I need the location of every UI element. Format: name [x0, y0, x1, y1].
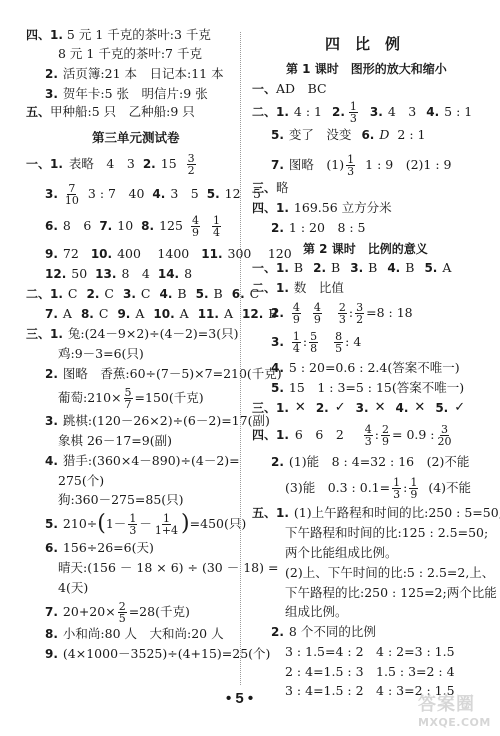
question-number: 6. — [45, 540, 58, 556]
question-number: 2. — [271, 220, 284, 236]
question-number: 2. — [316, 400, 329, 416]
answer-text: 2 : 1 — [397, 127, 425, 143]
question-number: 4. — [160, 286, 173, 302]
answer-text: 8 个不同的比例 — [289, 624, 376, 640]
question-number: 四、1. — [26, 27, 63, 43]
answer-line: 3 : 1.5=4 : 2 4 : 2=3 : 1.5 — [285, 644, 455, 660]
answer-line: 6. 8 6 7. 10 8. 125 49 14 — [45, 218, 223, 234]
answer-text: 葡萄:210× — [58, 390, 122, 406]
question-number: 11. — [201, 246, 222, 262]
question-number: 2. — [87, 286, 100, 302]
question-number: 4. — [45, 453, 58, 469]
answer-line: 4. 猎手:(360×4－890)÷(4－2)= — [45, 453, 240, 469]
question-number: 4. — [271, 360, 284, 376]
answer-line: 一、 AD BC — [252, 81, 327, 97]
fraction: 13 — [346, 154, 355, 177]
fraction: 29 — [381, 424, 390, 447]
fraction: 25 — [118, 601, 127, 624]
watermark-text: 答案圈 — [418, 690, 498, 716]
answer-text: = 0.9 : — [392, 427, 435, 443]
answer-text: (4)不能 — [428, 480, 471, 496]
question-number: 三、1. — [26, 326, 63, 342]
answer-line: 4(天) — [58, 580, 88, 596]
question-number: 四、1. — [252, 427, 289, 443]
answer-text: 4 3 — [388, 104, 416, 120]
question-number: 2. — [271, 305, 284, 321]
answer-text: 图略 香蕉:60÷(7－5)×7=210(千克) — [63, 366, 282, 382]
answer-line: 葡萄:210× 57 =150(千克) — [58, 390, 204, 406]
question-number: 9. — [45, 646, 58, 662]
answer-text: 3 : 7 40 — [88, 186, 144, 202]
answer-line: 7.A 8.C 9.A 10.A 11.A 12.B — [45, 306, 277, 322]
answer-text: 156÷26=6(天) — [63, 540, 154, 556]
question-number: 5. — [45, 516, 58, 532]
question-number: 14. — [158, 266, 179, 282]
answer-text: D — [379, 127, 389, 143]
column-divider — [240, 32, 241, 685]
answer-text: 6 6 2 — [295, 427, 344, 443]
answer-text: 跳棋:(120－26×2)÷(6－2)=17(副) — [63, 413, 270, 429]
fraction: 14 — [212, 215, 221, 238]
question-number: 4. — [387, 260, 400, 276]
fraction: 32 — [187, 153, 196, 176]
fraction: 49 — [191, 215, 200, 238]
answer-text: C — [68, 286, 78, 302]
question-number: 5. — [424, 260, 437, 276]
fraction: 14 — [292, 331, 301, 354]
question-number: 二、1. — [26, 286, 63, 302]
answer-text: 72 — [63, 246, 79, 262]
answer-line: 二、1. C 2.C 3.C 4.B 5.B 6.C — [26, 286, 259, 302]
answer-text: 5 : 1 — [444, 104, 472, 120]
lesson-1-title: 第 1 课时 图形的放大和缩小 — [286, 60, 447, 77]
question-number: 三、1. — [252, 400, 289, 416]
fraction: 13 — [349, 101, 358, 124]
fraction: 58 — [309, 331, 318, 354]
answer-text: 表略 4 3 — [69, 156, 135, 172]
answer-line: 5. 变了 没变 6. D 2 : 1 — [271, 127, 425, 143]
answer-text: B — [368, 260, 377, 276]
question-number: 4. — [426, 104, 439, 120]
answer-line: 2. 活页簿:21 本 日记本:11 本 — [45, 66, 224, 82]
fraction: 49 — [292, 302, 301, 325]
fraction: 32 — [355, 302, 364, 325]
answer-line: 2. 1 : 20 8 : 5 — [271, 220, 366, 236]
question-number: 3. — [370, 104, 383, 120]
question-number: 2. — [143, 156, 156, 172]
answer-text: B — [214, 286, 223, 302]
answer-text: 2 : 4=1.5 : 3 1.5 : 3=2 : 4 — [285, 664, 455, 680]
question-number: 一、1. — [252, 260, 289, 276]
answer-text: 400 1400 — [117, 246, 189, 262]
answer-text: 组成比例。 — [285, 604, 348, 620]
answer-text: 晴天:(156 － 18 × 6) ÷ (30 － 18) = — [58, 560, 278, 576]
answer-line: 下午路程和时间的比:125 : 2.5=50; — [285, 525, 488, 541]
answer-text: A — [135, 306, 144, 322]
question-number: 4. — [152, 186, 165, 202]
question-number: 5. — [271, 127, 284, 143]
answer-line: 2 : 4=1.5 : 3 1.5 : 3=2 : 4 — [285, 664, 455, 680]
answer-text: 略 — [276, 180, 289, 196]
check-mark-icon: ✓ — [335, 400, 346, 416]
answer-text: (1)能 8 : 4=32 : 16 (2)不能 — [289, 454, 469, 470]
answer-text: (2)上、下午时间的比:5 : 2.5=2,上、 — [285, 565, 494, 581]
answer-line: 4. 5 : 20=0.6 : 2.4(答案不唯一) — [271, 360, 460, 376]
answer-text: 鸡:9－3=6(只) — [58, 346, 144, 362]
answer-text: B — [405, 260, 414, 276]
page-number: • 5 • — [226, 690, 253, 707]
question-number: 三、 — [252, 180, 276, 196]
question-number: 3. — [123, 286, 136, 302]
answer-text: A — [224, 306, 233, 322]
fraction: 19 — [409, 477, 418, 500]
answer-text: 变了 没变 — [289, 127, 352, 143]
answer-text: 下午路程和时间的比:125 : 2.5=50; — [285, 525, 488, 541]
answer-text: 1 : 9 (2)1 : 9 — [365, 157, 451, 173]
answer-line: (2)上、下午时间的比:5 : 2.5=2,上、 — [285, 565, 494, 581]
fraction: 710 — [64, 183, 80, 206]
question-number: 2. — [45, 366, 58, 382]
answer-line: 3. 贺年卡:5 张 明信片:9 张 — [45, 86, 208, 102]
question-number: 9. — [117, 306, 130, 322]
cross-mark-icon: ✕ — [375, 400, 386, 416]
answer-line: 6. 156÷26=6(天) — [45, 540, 154, 556]
answer-line: 四、1. 169.56 立方分米 — [252, 200, 392, 216]
answer-line: 9. (4×1000－3525)÷(4+15)=25(个) — [45, 646, 270, 662]
answer-line: 5. 210÷ ( 1－ 13 － 11+4 ) =450(只) — [45, 516, 246, 532]
answer-line: 鸡:9－3=6(只) — [58, 346, 144, 362]
question-number: 一、1. — [26, 156, 63, 172]
answer-text: 狗:360－275=85(只) — [58, 492, 184, 508]
answer-line: 7. 20+20× 25 =28(千克) — [45, 604, 190, 620]
answer-line: 8 元 1 千克的茶叶:7 千克 — [58, 46, 202, 62]
answer-text: =450(只) — [190, 516, 247, 532]
question-number: 12. — [45, 266, 66, 282]
answer-text: 3 5 — [170, 186, 198, 202]
answer-line: (3)能 0.3 : 0.1= 13 : 19 (4)不能 — [285, 480, 471, 496]
question-number: 7. — [45, 604, 58, 620]
answer-text: 275(个) — [58, 473, 104, 489]
fraction: 11+4 — [154, 513, 179, 536]
question-number: 3. — [350, 260, 363, 276]
answer-line: 三、1. ✕ 2.✓ 3.✕ 4.✕ 5.✓ — [252, 400, 465, 416]
ratio-colon: : — [375, 427, 379, 443]
answer-line: 12. 50 13. 8 4 14. 8 — [45, 266, 192, 282]
answer-line: 2. (1)能 8 : 4=32 : 16 (2)不能 — [271, 454, 469, 470]
answer-text: 猎手:(360×4－890)÷(4－2)= — [63, 453, 240, 469]
answer-text: 10 — [117, 218, 133, 234]
answer-text: B — [177, 286, 186, 302]
question-number: 5. — [271, 380, 284, 396]
question-number: 3. — [356, 400, 369, 416]
left-paren: ( — [97, 516, 106, 532]
answer-line: 三、1. 兔:(24－9×2)÷(4－2)=3(只) — [26, 326, 239, 342]
question-number: 5. — [207, 186, 220, 202]
answer-line: 2. 8 个不同的比例 — [271, 624, 376, 640]
answer-text: 15 1 : 3=5 : 15(答案不唯一) — [289, 380, 464, 396]
answer-line: 275(个) — [58, 473, 104, 489]
fraction: 23 — [338, 302, 347, 325]
answer-text: : 4 — [345, 334, 361, 350]
question-number: 2. — [271, 454, 284, 470]
answer-line: 组成比例。 — [285, 604, 348, 620]
question-number: 11. — [198, 306, 219, 322]
question-number: 3. — [45, 186, 58, 202]
answer-text: 活页簿:21 本 日记本:11 本 — [63, 66, 224, 82]
chapter-title: 四 比 例 — [325, 33, 400, 54]
cross-mark-icon: ✕ — [414, 400, 425, 416]
answer-line: 三、 略 — [252, 180, 289, 196]
question-number: 12. — [242, 306, 263, 322]
answer-line: 下午路程的比:250 : 125=2;两个比能 — [285, 585, 497, 601]
answer-line: 5. 15 1 : 3=5 : 15(答案不唯一) — [271, 380, 464, 396]
fraction: 320 — [437, 424, 453, 447]
answer-line: 2. 49 49 23 : 32 =8 : 18 — [271, 305, 413, 321]
answer-text: A — [63, 306, 72, 322]
answer-text: (1)上午路程和时间的比:250 : 5=50, — [294, 505, 500, 521]
answer-text: A — [180, 306, 189, 322]
answer-text: 210÷ — [63, 516, 97, 532]
answer-text: 小和尚:80 人 大和尚:20 人 — [63, 626, 224, 642]
question-number: 3. — [45, 86, 58, 102]
question-number: 五、 — [26, 104, 50, 120]
answer-text: 169.56 立方分米 — [294, 200, 392, 216]
question-number: 4. — [395, 400, 408, 416]
right-paren: ) — [181, 516, 190, 532]
question-number: 一、 — [252, 81, 276, 97]
answer-line: 3. 710 3 : 7 40 4. 3 5 5. 12 5 — [45, 186, 261, 202]
fraction: 49 — [313, 302, 322, 325]
answer-line: 2. 图略 香蕉:60÷(7－5)×7=210(千克) — [45, 366, 282, 382]
check-mark-icon: ✓ — [454, 400, 465, 416]
answer-text: 贺年卡:5 张 明信片:9 张 — [63, 86, 208, 102]
answer-text: 1 : 20 8 : 5 — [289, 220, 366, 236]
question-number: 二、1. — [252, 280, 289, 296]
answer-text: A — [442, 260, 451, 276]
answer-text: 125 — [159, 218, 183, 234]
answer-text: 8 6 — [63, 218, 91, 234]
answer-text: 50 — [71, 266, 87, 282]
fraction: 57 — [124, 387, 133, 410]
answer-text: 象棋 26－17=9(副) — [58, 433, 172, 449]
answer-text: 8 — [184, 266, 192, 282]
answer-text: =8 : 18 — [366, 305, 413, 321]
ratio-colon: : — [303, 334, 307, 350]
answer-text: 1－ — [106, 516, 126, 532]
question-number: 二、1. — [252, 104, 289, 120]
answer-text: 甲种船:5 只 乙种船:9 只 — [50, 104, 195, 120]
answer-key-page: 四、1. 5 元 1 千克的茶叶:3 千克 8 元 1 千克的茶叶:7 千克 2… — [0, 0, 500, 736]
answer-line: 二、1. 数 比值 — [252, 280, 344, 296]
fraction: 43 — [364, 424, 373, 447]
answer-text: 8 元 1 千克的茶叶:7 千克 — [58, 46, 202, 62]
answer-text: B — [331, 260, 340, 276]
answer-text: C — [141, 286, 151, 302]
question-number: 9. — [45, 246, 58, 262]
answer-text: 图略 (1) — [289, 157, 344, 173]
answer-line: 五、 甲种船:5 只 乙种船:9 只 — [26, 104, 195, 120]
answer-text: 3 : 1.5=4 : 2 4 : 2=3 : 1.5 — [285, 644, 455, 660]
answer-text: =150(千克) — [135, 390, 204, 406]
answer-text: 8 4 — [121, 266, 149, 282]
question-number: 5. — [435, 400, 448, 416]
question-number: 6. — [361, 127, 374, 143]
answer-line: 晴天:(156 － 18 × 6) ÷ (30 － 18) = — [58, 560, 278, 576]
question-number: 2. — [45, 66, 58, 82]
answer-text: 5 元 1 千克的茶叶:3 千克 — [67, 27, 211, 43]
question-number: 6. — [232, 286, 245, 302]
answer-line: 3. 14 : 58 85 : 4 — [271, 334, 361, 350]
answer-line: 狗:360－275=85(只) — [58, 492, 184, 508]
question-number: 8. — [45, 626, 58, 642]
question-number: 3. — [271, 334, 284, 350]
fraction: 13 — [128, 513, 137, 536]
answer-line: 四、1. 5 元 1 千克的茶叶:3 千克 — [26, 27, 211, 43]
question-number: 2. — [332, 104, 345, 120]
watermark-url: MXQE.COM — [418, 716, 498, 729]
answer-text: =28(千克) — [129, 604, 190, 620]
fraction: 13 — [392, 477, 401, 500]
answer-text: 4(天) — [58, 580, 88, 596]
answer-text: 两个比能组成比例。 — [285, 545, 398, 561]
ratio-colon: : — [403, 480, 407, 496]
answer-line: 象棋 26－17=9(副) — [58, 433, 172, 449]
ratio-colon: : — [349, 305, 353, 321]
fraction: 85 — [334, 331, 343, 354]
question-number: 3. — [45, 413, 58, 429]
answer-text: 兔:(24－9×2)÷(4－2)=3(只) — [68, 326, 239, 342]
answer-line: 五、1. (1)上午路程和时间的比:250 : 5=50, — [252, 505, 500, 521]
question-number: 10. — [91, 246, 112, 262]
question-number: 7. — [271, 157, 284, 173]
answer-text: － — [139, 516, 152, 532]
question-number: 2. — [313, 260, 326, 276]
answer-text: 4 : 1 — [294, 104, 322, 120]
answer-line: 两个比能组成比例。 — [285, 545, 398, 561]
answer-text: 5 : 20=0.6 : 2.4(答案不唯一) — [289, 360, 460, 376]
question-number: 8. — [81, 306, 94, 322]
question-number: 五、1. — [252, 505, 289, 521]
unit-test-title: 第三单元测试卷 — [92, 128, 180, 146]
answer-text: C — [99, 306, 109, 322]
answer-line: 一、1. B 2.B 3.B 4.B 5.A — [252, 260, 451, 276]
answer-line: 二、1. 4 : 1 2. 13 3. 4 3 4. 5 : 1 — [252, 104, 472, 120]
answer-text: AD BC — [276, 81, 327, 97]
answer-line: 3. 跳棋:(120－26×2)÷(6－2)=17(副) — [45, 413, 270, 429]
answer-line: 一、1. 表略 4 3 2. 15 32 — [26, 156, 198, 172]
question-number: 2. — [271, 624, 284, 640]
question-number: 8. — [141, 218, 154, 234]
answer-text: 20+20× — [63, 604, 116, 620]
answer-line: 8. 小和尚:80 人 大和尚:20 人 — [45, 626, 224, 642]
question-number: 四、1. — [252, 200, 289, 216]
answer-text: B — [294, 260, 303, 276]
watermark-logo: 答案圈 MXQE.COM — [418, 690, 498, 734]
lesson-2-title: 第 2 课时 比例的意义 — [303, 240, 428, 257]
answer-text: C — [104, 286, 114, 302]
answer-line: 7. 图略 (1) 13 1 : 9 (2)1 : 9 — [271, 157, 451, 173]
answer-text: 数 比值 — [294, 280, 344, 296]
answer-text: (3)能 0.3 : 0.1= — [285, 480, 390, 496]
question-number: 13. — [95, 266, 116, 282]
cross-mark-icon: ✕ — [295, 400, 306, 416]
question-number: 7. — [99, 218, 112, 234]
answer-line: 四、1. 6 6 2 43 : 29 = 0.9 : 320 — [252, 427, 455, 443]
question-number: 5. — [196, 286, 209, 302]
question-number: 6. — [45, 218, 58, 234]
answer-text: 15 — [161, 156, 177, 172]
question-number: 7. — [45, 306, 58, 322]
answer-text: 下午路程的比:250 : 125=2;两个比能 — [285, 585, 497, 601]
question-number: 10. — [153, 306, 174, 322]
